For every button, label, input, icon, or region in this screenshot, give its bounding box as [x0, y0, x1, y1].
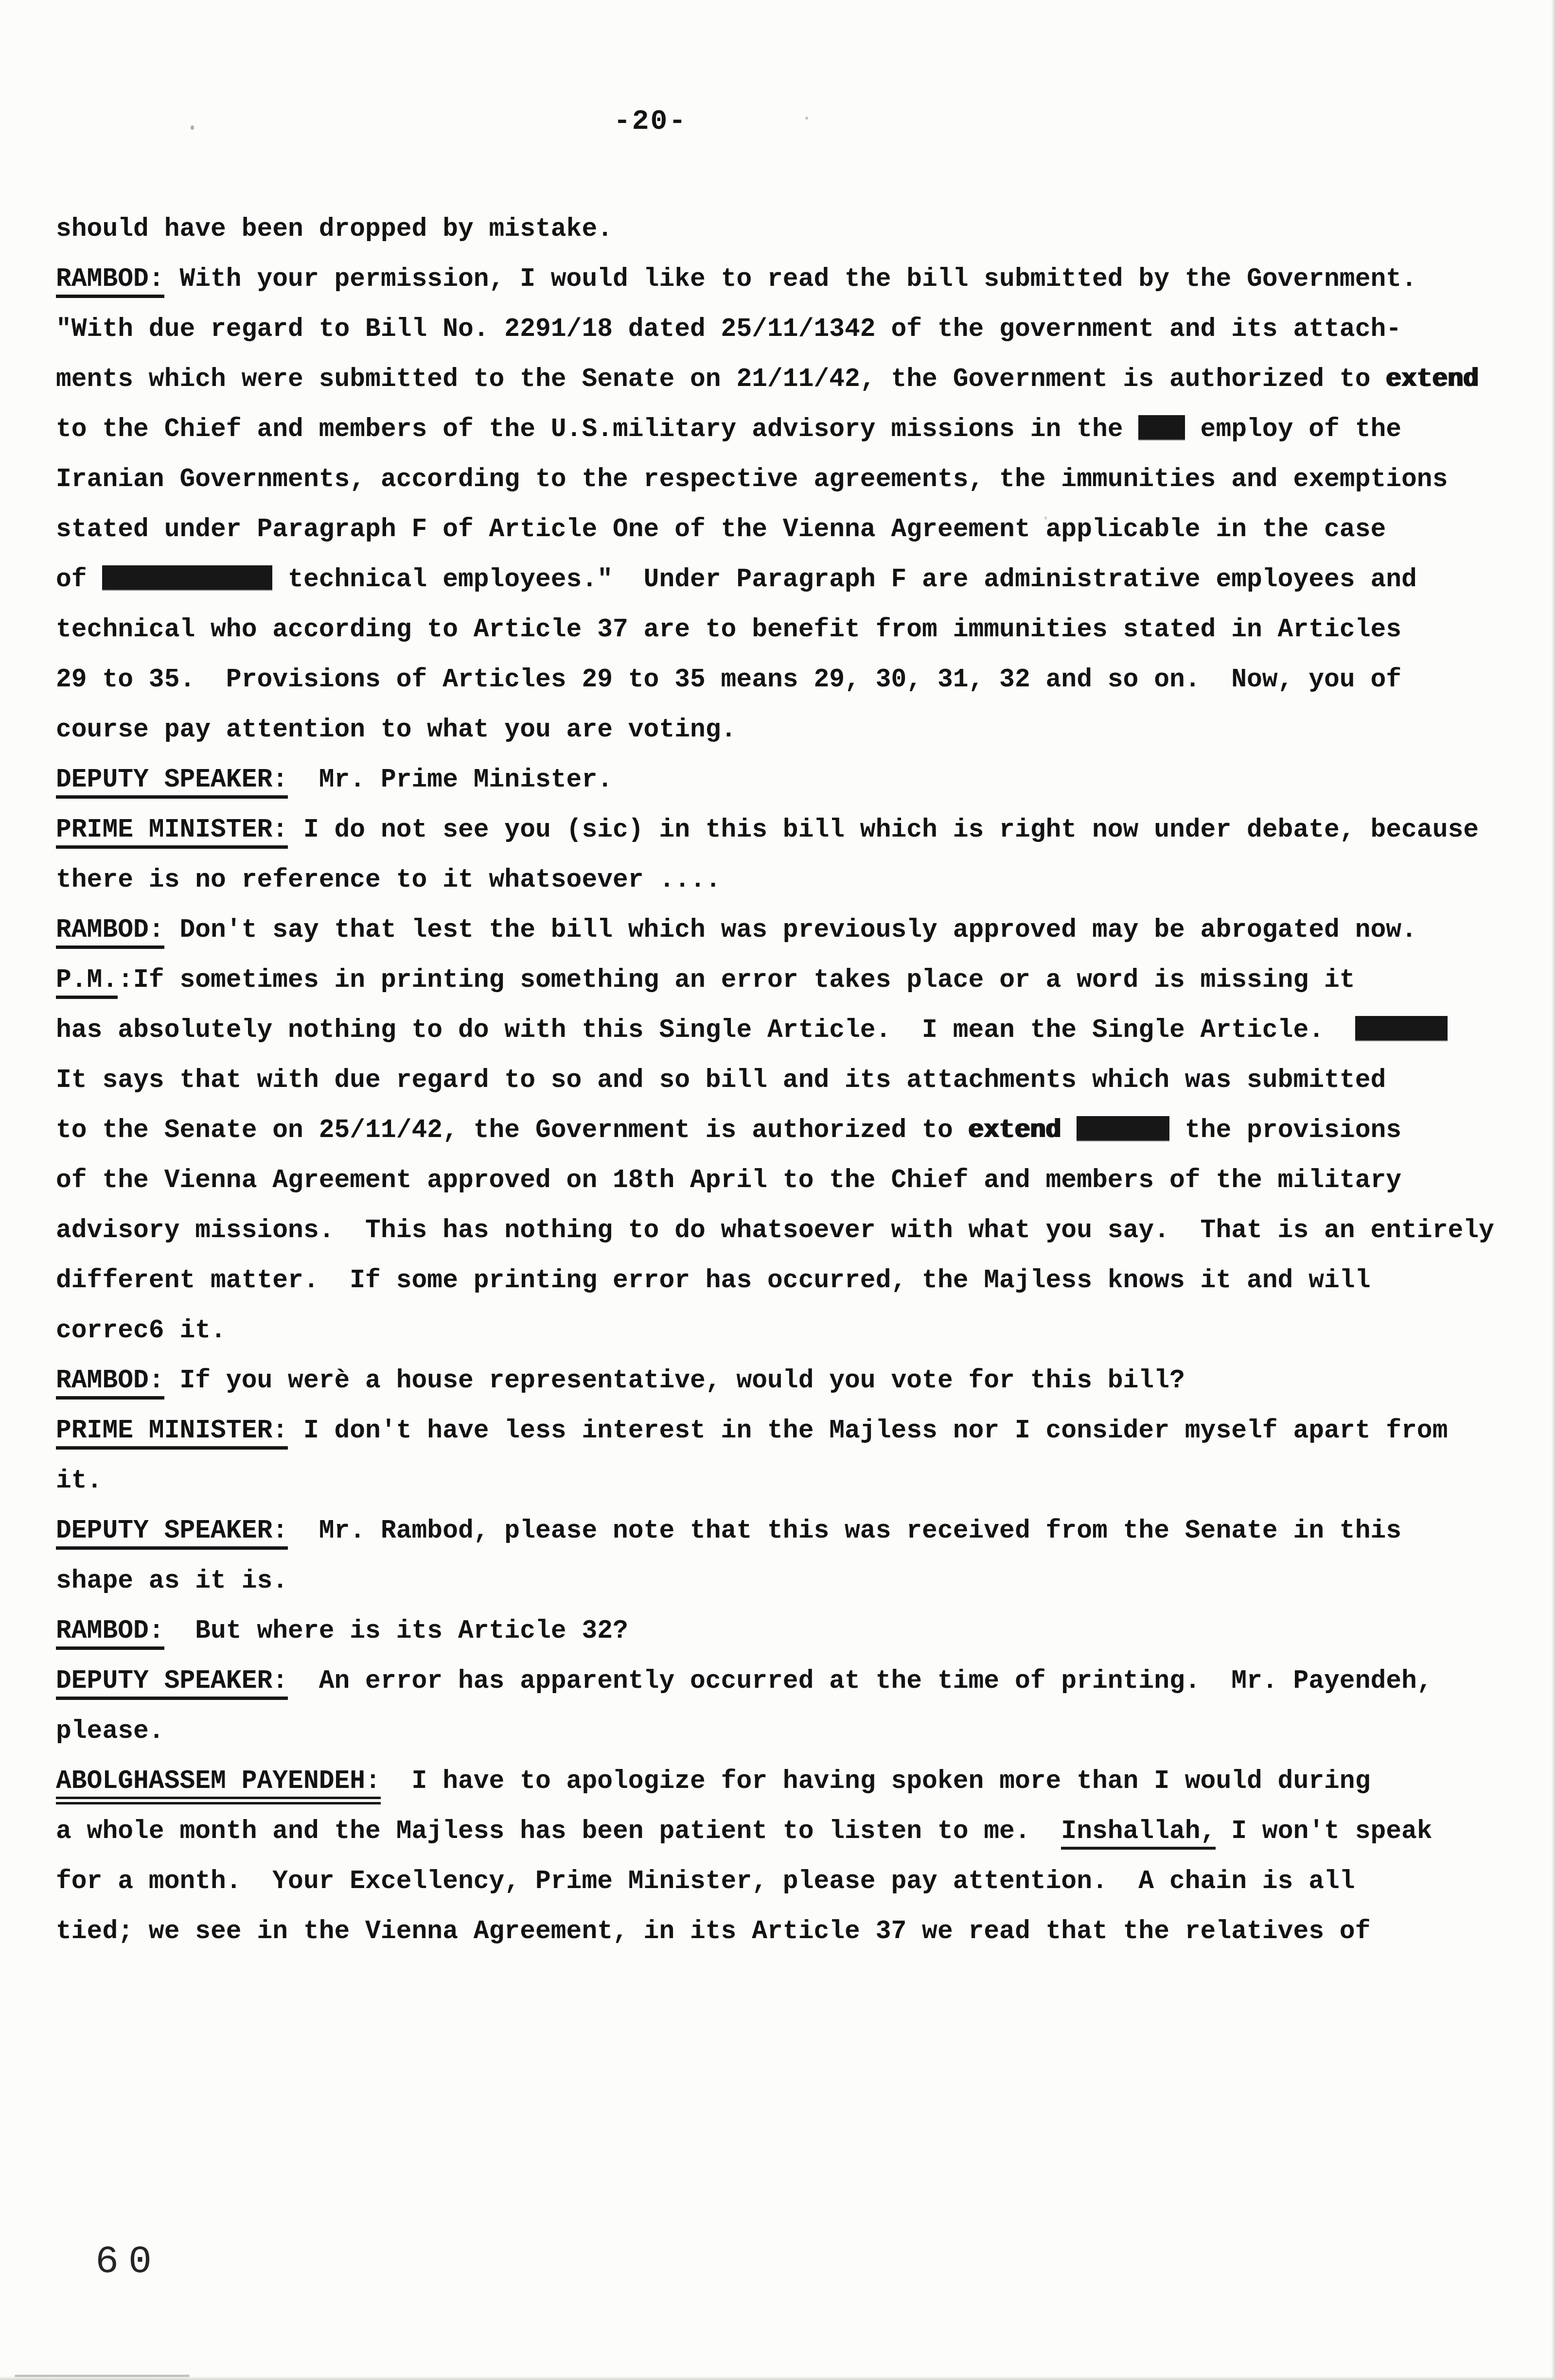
- text-run: for a month. Your Excellency, Prime Mini…: [56, 1867, 1355, 1896]
- text-line: shape as it is.: [56, 1556, 1524, 1606]
- speaker-label: ABOLGHASSEM PAYENDEH:: [56, 1767, 381, 1804]
- text-run: With your permission, I would like to re…: [164, 264, 1417, 294]
- text-run: technical employees." Under Paragraph F …: [272, 565, 1417, 594]
- text-line: PRIME MINISTER: I do not see you (sic) i…: [56, 805, 1524, 855]
- text-run: of: [56, 565, 102, 594]
- text-run: I don't have less interest in the Majles…: [288, 1416, 1448, 1445]
- text-run: An error has apparently occurred at the …: [288, 1666, 1432, 1696]
- speaker-label: RAMBOD:: [56, 1366, 164, 1400]
- overstrike-blot: [1355, 1016, 1448, 1040]
- text-run: Mr. Rambod, please note that this was re…: [288, 1516, 1401, 1545]
- speaker-label: DEPUTY SPEAKER:: [56, 1516, 288, 1550]
- text-run: If you werè a house representative, woul…: [164, 1366, 1185, 1395]
- text-run: Iranian Governments, according to the re…: [56, 465, 1448, 494]
- overstrike-blot: [102, 565, 272, 590]
- text-line: Iranian Governments, according to the re…: [56, 455, 1524, 505]
- text-line: please.: [56, 1706, 1524, 1756]
- text-line: advisory missions. This has nothing to d…: [56, 1206, 1524, 1256]
- scan-edge-shadow: [1551, 0, 1556, 2380]
- underlined-word: Inshallah,: [1061, 1817, 1216, 1850]
- scanned-document-page: -20- should have been dropped by mistake…: [0, 0, 1556, 2380]
- speaker-label: RAMBOD:: [56, 915, 164, 949]
- folio-number: 60: [95, 2240, 161, 2284]
- text-run: technical who according to Article 37 ar…: [56, 615, 1401, 644]
- text-run: I do not see you (sic) in this bill whic…: [288, 815, 1479, 844]
- text-line: 29 to 35. Provisions of Articles 29 to 3…: [56, 655, 1524, 705]
- speaker-label: DEPUTY SPEAKER:: [56, 1666, 288, 1700]
- text-line: RAMBOD: But where is its Article 32?: [56, 1606, 1524, 1656]
- speaker-label: PRIME MINISTER:: [56, 1416, 288, 1450]
- text-run: the provisions: [1169, 1116, 1401, 1145]
- text-line: of technical employees." Under Paragraph…: [56, 555, 1524, 605]
- text-line: DEPUTY SPEAKER: Mr. Rambod, please note …: [56, 1506, 1524, 1556]
- text-line: DEPUTY SPEAKER: An error has apparently …: [56, 1656, 1524, 1706]
- text-run: But where is its Article 32?: [164, 1616, 628, 1645]
- text-line: RAMBOD: Don't say that lest the bill whi…: [56, 905, 1524, 955]
- text-line: it.: [56, 1456, 1524, 1506]
- text-line: should have been dropped by mistake.: [56, 204, 1524, 254]
- speaker-label: RAMBOD:: [56, 264, 164, 298]
- text-line: ments which were submitted to the Senate…: [56, 354, 1524, 404]
- text-line: RAMBOD: With your permission, I would li…: [56, 254, 1524, 304]
- text-run: I won't speak: [1216, 1817, 1432, 1846]
- text-run: 29 to 35. Provisions of Articles 29 to 3…: [56, 665, 1401, 694]
- text-run: tied; we see in the Vienna Agreement, in…: [56, 1917, 1370, 1946]
- text-run: It says that with due regard to so and s…: [56, 1066, 1386, 1095]
- text-line: correc6 it.: [56, 1306, 1524, 1356]
- emphasized-word: extend: [1386, 365, 1479, 394]
- text-run: employ of the: [1185, 415, 1401, 444]
- text-run: Don't say that lest the bill which was p…: [164, 915, 1417, 945]
- text-line: to the Senate on 25/11/42, the Governmen…: [56, 1105, 1524, 1155]
- text-line: It says that with due regard to so and s…: [56, 1055, 1524, 1105]
- text-run: "With due regard to Bill No. 2291/18 dat…: [56, 315, 1401, 344]
- speaker-label: PRIME MINISTER:: [56, 815, 288, 849]
- text-line: of the Vienna Agreement approved on 18th…: [56, 1155, 1524, 1206]
- text-run: to the Chief and members of the U.S.mili…: [56, 415, 1138, 444]
- text-line: stated under Paragraph F of Article One …: [56, 505, 1524, 555]
- text-run: correc6 it.: [56, 1316, 226, 1345]
- text-run: Mr. Prime Minister.: [288, 765, 613, 794]
- text-line: technical who according to Article 37 ar…: [56, 605, 1524, 655]
- text-line: tied; we see in the Vienna Agreement, in…: [56, 1907, 1524, 1957]
- overstrike-blot: [1138, 415, 1185, 439]
- transcript-body: should have been dropped by mistake.RAMB…: [56, 204, 1524, 1957]
- text-run: to the Senate on 25/11/42, the Governmen…: [56, 1116, 969, 1145]
- speaker-label: P.M.: [56, 965, 118, 999]
- emphasized-word: extend: [969, 1116, 1061, 1145]
- scan-speck: [191, 125, 194, 130]
- scan-speck: [805, 117, 808, 120]
- text-line: P.M.:If sometimes in printing something …: [56, 955, 1524, 1005]
- text-run: ments which were submitted to the Senate…: [56, 365, 1386, 394]
- text-line: DEPUTY SPEAKER: Mr. Prime Minister.: [56, 755, 1524, 805]
- text-run: it.: [56, 1466, 102, 1495]
- text-run: of the Vienna Agreement approved on 18th…: [56, 1166, 1401, 1195]
- speaker-label: DEPUTY SPEAKER:: [56, 765, 288, 799]
- text-run: course pay attention to what you are vot…: [56, 715, 736, 744]
- text-run: there is no reference to it whatsoever .…: [56, 865, 721, 894]
- text-line: ABOLGHASSEM PAYENDEH: I have to apologiz…: [56, 1756, 1524, 1806]
- speaker-label: RAMBOD:: [56, 1616, 164, 1650]
- text-line: course pay attention to what you are vot…: [56, 705, 1524, 755]
- scan-edge-shadow: [0, 2376, 1556, 2380]
- text-run: has absolutely nothing to do with this S…: [56, 1015, 1355, 1045]
- text-line: PRIME MINISTER: I don't have less intere…: [56, 1406, 1524, 1456]
- overstrike-blot: [1077, 1116, 1169, 1140]
- text-run: advisory missions. This has nothing to d…: [56, 1216, 1494, 1245]
- text-line: for a month. Your Excellency, Prime Mini…: [56, 1856, 1524, 1907]
- text-run: [1061, 1116, 1077, 1145]
- text-run: please.: [56, 1716, 164, 1746]
- page-number-header: -20-: [614, 106, 687, 138]
- text-run: stated under Paragraph F of Article One …: [56, 515, 1386, 544]
- text-line: different matter. If some printing error…: [56, 1256, 1524, 1306]
- text-line: there is no reference to it whatsoever .…: [56, 855, 1524, 905]
- text-run: :If sometimes in printing something an e…: [118, 965, 1355, 995]
- text-line: RAMBOD: If you werè a house representati…: [56, 1356, 1524, 1406]
- text-run: I have to apologize for having spoken mo…: [381, 1767, 1371, 1796]
- text-line: to the Chief and members of the U.S.mili…: [56, 404, 1524, 455]
- text-line: "With due regard to Bill No. 2291/18 dat…: [56, 304, 1524, 354]
- text-run: shape as it is.: [56, 1566, 288, 1595]
- text-line: a whole month and the Majless has been p…: [56, 1806, 1524, 1856]
- text-run: a whole month and the Majless has been p…: [56, 1817, 1061, 1846]
- text-line: has absolutely nothing to do with this S…: [56, 1005, 1524, 1055]
- text-run: different matter. If some printing error…: [56, 1266, 1370, 1295]
- text-run: should have been dropped by mistake.: [56, 214, 613, 244]
